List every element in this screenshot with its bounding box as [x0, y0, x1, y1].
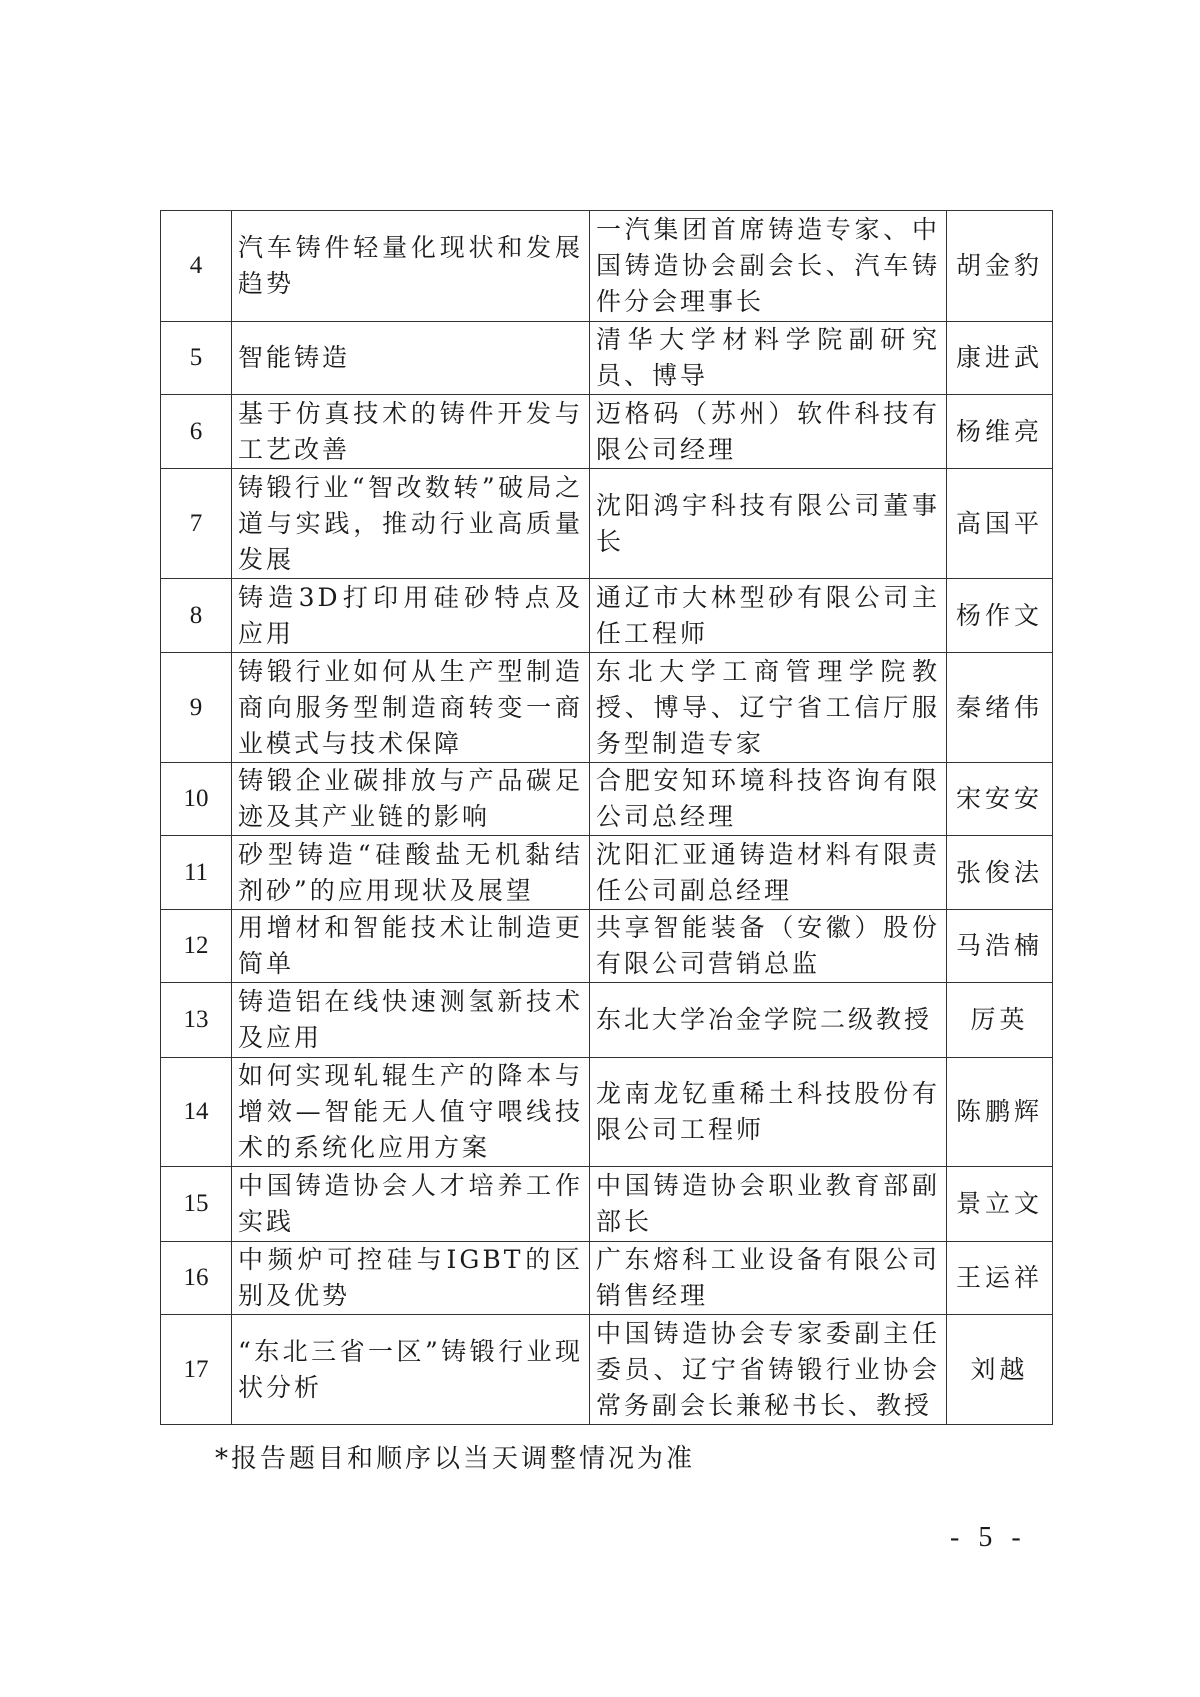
report-title: 砂型铸造“硅酸盐无机黏结剂砂”的应用现状及展望 — [232, 836, 590, 910]
table-row: 14如何实现轧辊生产的降本与增效—智能无人值守喂线技术的系统化应用方案龙南龙钇重… — [161, 1058, 1053, 1167]
row-number: 15 — [161, 1167, 232, 1242]
speaker-name: 厉英 — [947, 983, 1053, 1058]
table-row: 5智能铸造清华大学材料学院副研究员、博导康进武 — [161, 322, 1053, 395]
table-row: 15中国铸造协会人才培养工作实践中国铸造协会职业教育部副部长景立文 — [161, 1167, 1053, 1242]
report-title: 铸锻行业“智改数转”破局之道与实践，推动行业高质量发展 — [232, 469, 590, 579]
report-title: 铸造3D打印用硅砂特点及应用 — [232, 579, 590, 653]
row-number: 10 — [161, 763, 232, 836]
speaker-name: 高国平 — [947, 469, 1053, 579]
row-number: 12 — [161, 910, 232, 983]
speaker-affiliation: 沈阳汇亚通铸造材料有限责任公司副总经理 — [590, 836, 947, 910]
report-title: 铸锻行业如何从生产型制造商向服务型制造商转变一商业模式与技术保障 — [232, 653, 590, 763]
report-title: 汽车铸件轻量化现状和发展趋势 — [232, 211, 590, 322]
speaker-affiliation: 中国铸造协会职业教育部副部长 — [590, 1167, 947, 1242]
speaker-name: 王运祥 — [947, 1242, 1053, 1315]
table-row: 9铸锻行业如何从生产型制造商向服务型制造商转变一商业模式与技术保障东北大学工商管… — [161, 653, 1053, 763]
speaker-affiliation: 共享智能装备（安徽）股份有限公司营销总监 — [590, 910, 947, 983]
speaker-affiliation: 一汽集团首席铸造专家、中国铸造协会副会长、汽车铸件分会理事长 — [590, 211, 947, 322]
row-number: 5 — [161, 322, 232, 395]
row-number: 9 — [161, 653, 232, 763]
footnote: *报告题目和顺序以当天调整情况为准 — [215, 1438, 695, 1475]
report-title: 铸锻企业碳排放与产品碳足迹及其产业链的影响 — [232, 763, 590, 836]
speaker-affiliation: 合肥安知环境科技咨询有限公司总经理 — [590, 763, 947, 836]
page-number: - 5 - — [950, 1522, 1027, 1554]
report-title: 中国铸造协会人才培养工作实践 — [232, 1167, 590, 1242]
speaker-name: 康进武 — [947, 322, 1053, 395]
speaker-affiliation: 通辽市大林型砂有限公司主任工程师 — [590, 579, 947, 653]
row-number: 6 — [161, 395, 232, 469]
speaker-name: 杨维亮 — [947, 395, 1053, 469]
row-number: 11 — [161, 836, 232, 910]
speaker-affiliation: 东北大学冶金学院二级教授 — [590, 983, 947, 1058]
row-number: 17 — [161, 1315, 232, 1425]
speaker-name: 秦绪伟 — [947, 653, 1053, 763]
table-row: 12用增材和智能技术让制造更简单共享智能装备（安徽）股份有限公司营销总监马浩楠 — [161, 910, 1053, 983]
row-number: 7 — [161, 469, 232, 579]
table-row: 8铸造3D打印用硅砂特点及应用通辽市大林型砂有限公司主任工程师杨作文 — [161, 579, 1053, 653]
row-number: 16 — [161, 1242, 232, 1315]
row-number: 13 — [161, 983, 232, 1058]
table-row: 6基于仿真技术的铸件开发与工艺改善迈格码（苏州）软件科技有限公司经理杨维亮 — [161, 395, 1053, 469]
report-schedule-table: 4汽车铸件轻量化现状和发展趋势一汽集团首席铸造专家、中国铸造协会副会长、汽车铸件… — [160, 210, 1053, 1425]
table-body: 4汽车铸件轻量化现状和发展趋势一汽集团首席铸造专家、中国铸造协会副会长、汽车铸件… — [161, 211, 1053, 1425]
speaker-affiliation: 东北大学工商管理学院教授、博导、辽宁省工信厅服务型制造专家 — [590, 653, 947, 763]
table-row: 17“东北三省一区”铸锻行业现状分析中国铸造协会专家委副主任委员、辽宁省铸锻行业… — [161, 1315, 1053, 1425]
speaker-affiliation: 清华大学材料学院副研究员、博导 — [590, 322, 947, 395]
speaker-name: 张俊法 — [947, 836, 1053, 910]
speaker-affiliation: 迈格码（苏州）软件科技有限公司经理 — [590, 395, 947, 469]
table-row: 4汽车铸件轻量化现状和发展趋势一汽集团首席铸造专家、中国铸造协会副会长、汽车铸件… — [161, 211, 1053, 322]
speaker-name: 陈鹏辉 — [947, 1058, 1053, 1167]
speaker-name: 刘越 — [947, 1315, 1053, 1425]
table-row: 11砂型铸造“硅酸盐无机黏结剂砂”的应用现状及展望沈阳汇亚通铸造材料有限责任公司… — [161, 836, 1053, 910]
report-title: 基于仿真技术的铸件开发与工艺改善 — [232, 395, 590, 469]
table-row: 16中频炉可控硅与IGBT的区别及优势广东熔科工业设备有限公司销售经理王运祥 — [161, 1242, 1053, 1315]
row-number: 8 — [161, 579, 232, 653]
report-title: 用增材和智能技术让制造更简单 — [232, 910, 590, 983]
speaker-affiliation: 沈阳鸿宇科技有限公司董事长 — [590, 469, 947, 579]
table-row: 7铸锻行业“智改数转”破局之道与实践，推动行业高质量发展沈阳鸿宇科技有限公司董事… — [161, 469, 1053, 579]
speaker-name: 杨作文 — [947, 579, 1053, 653]
speaker-affiliation: 广东熔科工业设备有限公司销售经理 — [590, 1242, 947, 1315]
report-title: 如何实现轧辊生产的降本与增效—智能无人值守喂线技术的系统化应用方案 — [232, 1058, 590, 1167]
row-number: 14 — [161, 1058, 232, 1167]
speaker-name: 胡金豹 — [947, 211, 1053, 322]
speaker-name: 马浩楠 — [947, 910, 1053, 983]
row-number: 4 — [161, 211, 232, 322]
speaker-affiliation: 中国铸造协会专家委副主任委员、辽宁省铸锻行业协会常务副会长兼秘书长、教授 — [590, 1315, 947, 1425]
report-title: “东北三省一区”铸锻行业现状分析 — [232, 1315, 590, 1425]
report-title: 铸造铝在线快速测氢新技术及应用 — [232, 983, 590, 1058]
table-row: 10铸锻企业碳排放与产品碳足迹及其产业链的影响合肥安知环境科技咨询有限公司总经理… — [161, 763, 1053, 836]
speaker-name: 宋安安 — [947, 763, 1053, 836]
report-title: 智能铸造 — [232, 322, 590, 395]
speaker-name: 景立文 — [947, 1167, 1053, 1242]
table-row: 13铸造铝在线快速测氢新技术及应用东北大学冶金学院二级教授厉英 — [161, 983, 1053, 1058]
report-title: 中频炉可控硅与IGBT的区别及优势 — [232, 1242, 590, 1315]
speaker-affiliation: 龙南龙钇重稀土科技股份有限公司工程师 — [590, 1058, 947, 1167]
